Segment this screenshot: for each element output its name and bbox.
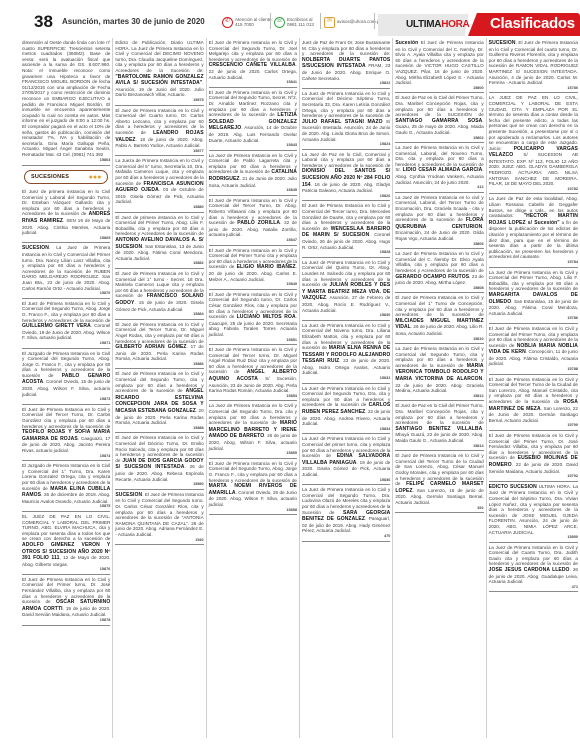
column-4: Juez de Paz de Fram Dr. Jose Bustamante … <box>300 38 393 738</box>
notice-ref-number: 15888 <box>115 426 203 432</box>
notice-name: GUILLERMO GIRETT VERA <box>22 323 91 329</box>
legal-notice: La Juez de Primera Instancia en lo Civil… <box>395 143 483 193</box>
notice-name: CRESCENCIO CAÑETE VILLALBA <box>209 62 296 68</box>
notice-ref-number: 15841 <box>209 80 297 86</box>
notice-name: GILBERTO ADRIAN GÓMEZ <box>115 344 186 350</box>
section-banner-sucesiones: SUCESIONES●●● <box>24 170 108 184</box>
legal-notice: La Juez de Paz de esta localidad, Abog. … <box>489 194 578 267</box>
legal-notice: La Juez de Primera Instancia en lo Civil… <box>395 249 483 293</box>
notice-tail: . La Juez de Primera Instancia en lo Civ… <box>22 245 110 290</box>
legal-notice: EDICTO SUCESION ULTIMA HORA. La Juez de … <box>489 482 578 543</box>
legal-notice: El Juez de primera instancia en lo Civil… <box>22 187 110 243</box>
legal-notice: El Juzgado de Primera Instancia en lo Ci… <box>22 349 110 405</box>
notice-ref-number: 15806 <box>395 242 483 248</box>
page-header: 38 Asunción, martes 30 de junio de 2020 … <box>0 0 580 36</box>
legal-notice: El Juez de Primera Instancia en lo Civil… <box>209 246 297 290</box>
contact-email[interactable]: ✉ avisos@uhora.com.py <box>324 12 382 32</box>
notice-ref-number: 15863 <box>22 158 110 164</box>
legal-notice: La Juez de Primera Instancia en lo Civil… <box>302 258 390 321</box>
notice-name: PABLO ZORILLA <box>237 220 280 226</box>
notice-ref-number: 15875 <box>22 504 110 510</box>
notice-ref-number: 15822 <box>302 81 390 87</box>
phone-icon: ✆ <box>222 17 233 28</box>
legal-notice: El Juez de Paz en lo Civil del Primer Tu… <box>395 401 483 451</box>
notice-text: Edicto de Publicación. Diario ULTIMA HOR… <box>115 40 203 73</box>
notice-tail: . 16 de junio de 2020. Abg. Gladys Patri… <box>302 182 390 194</box>
legal-notice: La Juez de Primera Instancia en lo Civil… <box>302 434 390 485</box>
notice-name: SANTIAGO GAMARRA SOSA <box>395 118 482 124</box>
legal-notice: El Juez de Primera Instancia en lo Civil… <box>209 38 297 88</box>
notice-ref-number: 15878 <box>22 618 110 624</box>
notice-ref-number: 15853 <box>209 394 297 400</box>
notice-tail: . El Juez de Primera Instancia en lo Civ… <box>115 492 203 537</box>
notice-text: dimensión al Oeste donde linda con lote … <box>22 40 110 157</box>
notice-text: La Juez de Paz en lo Civil, Comercial y … <box>302 152 390 168</box>
column-2: Edicto de Publicación. Diario ULTIMA HOR… <box>113 38 206 738</box>
column-5: Sucesión El Juez de Primera Instancia en… <box>393 38 486 738</box>
legal-notice: EL JUEZ DE PAZ EN LO CIVIL, COMERCIAL Y … <box>22 512 110 575</box>
notice-ref-number: 15834 <box>302 427 390 433</box>
notice-ref-number: 15802 <box>395 136 483 142</box>
brand-logo: ULTIMAHORA <box>406 19 469 30</box>
notice-ref-number: 15830 <box>302 313 390 319</box>
notice-ref-number: 15810 <box>395 337 483 343</box>
notice-text: El Juez de Primera Instancia en lo Civil… <box>209 40 297 62</box>
notice-ref-number: 15788 <box>489 367 578 373</box>
notice-name: LIDIO CESAR ALMADA GARCIA <box>403 167 483 173</box>
notice-name: SUCESION <box>115 492 142 498</box>
notice-name: EDICTO SUCESION <box>489 484 537 490</box>
section-title: Clasificados <box>490 15 575 32</box>
notice-ref-number: 15874 <box>22 454 110 460</box>
legal-notice: LA JUEZ DE PAZ EN LO CIVIL, COMERCIAL Y … <box>489 93 578 194</box>
legal-notice: El Juez de Primera Instancia en lo Civil… <box>115 369 203 433</box>
notice-text: El Juez de Primera Instancia en lo Civil… <box>395 295 483 317</box>
notice-ref-number: 15832 <box>302 376 390 382</box>
notice-ref-number: 15814 <box>395 444 483 450</box>
notice-tail: ULTIMA HORA. La Juez de Primera Instanci… <box>489 484 578 535</box>
legal-notice: La Juez de Primera Instancia en lo Civil… <box>302 89 390 150</box>
notice-ref-number: 15850 <box>489 535 578 541</box>
notice-ref-number: 15865 <box>22 236 110 242</box>
notice-ref-number: 15792 <box>489 474 578 480</box>
notice-text: La Juez de Primera Instancia en lo Civil… <box>489 270 578 292</box>
notice-ref-number: 15882 <box>115 261 203 267</box>
legal-notice: La Juez de Paz en lo Civil, Comercial y … <box>302 150 390 202</box>
legal-notice: El Juez de Primera Instancia en lo Civil… <box>209 290 297 345</box>
notice-ref-number: 15828 <box>302 250 390 256</box>
legal-notice: El Juez de Primera Instancia en lo Civil… <box>209 196 297 246</box>
divider <box>320 13 321 29</box>
notice-ref-number: 1540 <box>115 538 203 544</box>
legal-notice: El Juez de Primera Instancia en lo Civil… <box>115 106 203 157</box>
contact-phone: ✆ Atención al cliente:415 7000 <box>222 12 273 32</box>
envelope-icon: ✉ <box>324 17 335 28</box>
legal-notice: Juez de Paz de Fram Dr. Jose Bustamante … <box>302 38 390 89</box>
legal-notice: Sucesión El Juez de Primera Instancia en… <box>395 38 483 93</box>
notice-text: El Juez de Primera Instancia en lo Civil… <box>209 461 297 483</box>
legal-notice: El Juez de Primera Instancia en lo Civil… <box>22 299 110 349</box>
legal-notice: El Juez de Paz en lo Civil del Primer Tu… <box>395 93 483 143</box>
legal-notice: El Juez de Primera Instancia en lo Civil… <box>209 88 297 151</box>
legal-notice: La Juez de Primera Instancia en lo Civil… <box>489 543 578 593</box>
notice-tail: . El Juez de Primera Instancia en lo Civ… <box>489 40 578 85</box>
notice-name: SANTIAGO BENITEZ VILLALBA <box>395 426 482 432</box>
notice-text: EL JUEZ DE PAZ EN LO CIVIL, COMERCIAL Y … <box>22 514 110 541</box>
notice-ref-number: 15875 <box>115 98 203 104</box>
legal-notice: SUCESION. El Juez de Primera Instancia e… <box>115 490 203 545</box>
legal-notice: La Juez de Primera Instancia en lo Civil… <box>209 401 297 458</box>
dateline: Asunción, martes 30 de junio de 2020 <box>62 17 205 26</box>
notice-name: GERARDO OCAMPO FRUTOS <box>395 274 469 280</box>
notice-text: La Juez de Primera Instancia en lo Civil… <box>302 91 390 118</box>
notice-ref-number: 15782 <box>489 187 578 193</box>
column-1: dimensión al Oeste donde linda con lote … <box>20 38 113 738</box>
notice-ref-number: 15808 <box>395 286 483 292</box>
column-3: El Juez de Primera Instancia en lo Civil… <box>207 38 300 738</box>
notice-name: ELIGIO MARIO IBAÑEZ <box>237 264 296 270</box>
notice-text: El Juez de Primera Instancia en lo Civil… <box>115 322 203 344</box>
notice-ref-number: 15786 <box>489 316 578 322</box>
section-title-badge: Clasificados <box>468 13 580 36</box>
notice-ref-number: 15855 <box>209 451 297 457</box>
section-banner-label: SUCESIONES <box>31 174 69 180</box>
notice-tail: a fin de disponer la publicación de los … <box>489 220 578 260</box>
legal-notice: El Juez de Primera Instancia en lo Civil… <box>302 201 390 257</box>
legal-notice: El Juez de Primera Instancia en lo Civil… <box>115 433 203 489</box>
legal-notice: La Juez de Primera Instancia en lo Civil… <box>489 268 578 324</box>
notice-ref-number: 15826 <box>302 194 390 200</box>
notice-text: El Juez de Primera Instancia en lo Civil… <box>22 407 110 429</box>
legal-notice: El Juzgado de Primera Instancia en lo Ci… <box>22 461 110 512</box>
legal-notice: El Juez de Primera Instancia en lo Civil… <box>209 345 297 401</box>
notice-name: SUCESION <box>22 245 49 251</box>
column-6: SUCESION. El Juez de Primera Instancia e… <box>487 38 580 738</box>
notice-text: La Juez de Primera Instancia en lo Civil… <box>489 545 578 567</box>
legal-notice: La Juez de Primera Instancia en lo Civil… <box>302 485 390 541</box>
legal-notice: El Juez de Primera Instancia en lo Civil… <box>489 431 578 482</box>
legal-notice: El Juez de Primera Instancia en lo Civil… <box>395 293 483 344</box>
notice-ref-number: 471 <box>489 585 578 591</box>
legal-notice: La Juez de Primera Instancia en lo civil… <box>395 193 483 249</box>
notice-text: El Juez de Paz en lo Civil del Primer Tu… <box>395 403 483 425</box>
notice-ref-number: 470 <box>302 534 390 540</box>
legal-notice: El Juez de Primera Instancia en lo Civil… <box>489 324 578 375</box>
notice-ref-number: 15843 <box>209 143 297 149</box>
notice-ref-number: 15877 <box>115 149 203 155</box>
notice-ref-number: 15890 <box>115 482 203 488</box>
page-number: 38 <box>34 12 53 32</box>
notice-ref-number: 15784 <box>489 260 578 266</box>
legal-notice: El Juez de Primera Instancia en lo Civil… <box>395 451 483 513</box>
notice-ref-number: 412 <box>395 185 483 191</box>
legal-notice: El Juez de Primera Instancia en lo Civil… <box>22 405 110 461</box>
notice-ref-number: 15790 <box>489 423 578 429</box>
family-tree-icon: ●●● <box>89 174 102 181</box>
notice-ref-number: 15851 <box>209 338 297 344</box>
notice-ref-number: 15870 <box>22 291 110 297</box>
notice-ref-number: 15880 <box>115 205 203 211</box>
legal-notice: SUCESION. La Juez de Primera Instancia e… <box>22 243 110 298</box>
notice-tail: El Juez de Primera Instancia en lo Civil… <box>395 40 483 85</box>
legal-notice: El Juez de Primera Instancia en lo Civil… <box>115 269 203 320</box>
notice-ref-number: 15780 <box>489 86 578 92</box>
notice-text: El Juez de Paz en lo Civil del Primer Tu… <box>395 95 483 117</box>
notice-name: "BARTOLOME RAMON GONZALEZ AVILA S/ SUCES… <box>115 74 203 87</box>
whatsapp-icon: ☏ <box>274 17 285 28</box>
notice-name: Sucesión <box>395 40 418 46</box>
notice-ref-number: 15858 <box>209 508 297 514</box>
notice-text: LA JUEZ DE PAZ EN LO CIVIL, COMERCIAL Y … <box>489 95 578 150</box>
notice-ref-number: 392 <box>395 506 483 512</box>
notice-text: El Juez de Primera Instancia en lo Civil… <box>22 301 110 323</box>
legal-notice: El Juez de primera instancia en lo Civil… <box>115 213 203 269</box>
notice-ref-number: 15886 <box>115 362 203 368</box>
notice-ref-number: 15847 <box>209 238 297 244</box>
legal-notice: La Juez de Primera Instancia en lo Civil… <box>395 344 483 401</box>
contact-whatsapp: ☏ Escribinos al0981 111 013 <box>274 12 314 32</box>
notice-text: Juez de Paz de Fram Dr. Jose Bustamante … <box>302 40 390 56</box>
notice-name: LUCIANO MILTOS ROA <box>237 314 296 320</box>
notice-text: La Juez de Primera Instancia en lo Civil… <box>395 251 483 273</box>
legal-notice: La Juez de Primera Instancia en lo Civil… <box>302 384 390 435</box>
notice-ref-number: 15876 <box>22 567 110 573</box>
notice-ref-number: 15812 <box>395 394 483 400</box>
notice-name: JULIO RAFAEL STAGNI MAZO <box>302 119 383 125</box>
legal-notice: dimensión al Oeste donde linda con lote … <box>22 38 110 166</box>
legal-notice: Edicto de Publicación. Diario ULTIMA HOR… <box>115 38 203 106</box>
legal-notice: La Jueza de Primera Instancia en lo Civi… <box>115 156 203 212</box>
legal-notice: SUCESION. El Juez de Primera Instancia e… <box>489 38 578 93</box>
notice-ref-number: 15836 <box>302 478 390 484</box>
notice-name: JOSE JESUS CARDONA LLEDO <box>489 567 570 573</box>
classified-columns: dimensión al Oeste donde linda con lote … <box>20 38 580 738</box>
legal-notice: La Juez de Primera Instancia en lo Civil… <box>209 151 297 196</box>
notice-ref-number: 15845 <box>209 188 297 194</box>
divider <box>374 13 375 29</box>
divider <box>270 13 271 29</box>
notice-ref-number: 15800 <box>395 86 483 92</box>
notice-ref-number: 15871 <box>22 341 110 347</box>
legal-notice: La Juez de Primera Instancia en lo Civil… <box>302 321 390 384</box>
legal-notice: El Juez de Primera Instancia en lo Civil… <box>209 459 297 515</box>
notice-ref-number: 15884 <box>115 312 203 318</box>
notice-name: SUCESION <box>489 40 516 46</box>
notice-ref-number: 15849 <box>209 282 297 288</box>
legal-notice: El Juez de Primera Instancia en lo Civil… <box>489 375 578 431</box>
notice-text: El Juez de primera instancia en lo Civil… <box>115 215 203 237</box>
legal-notice: El Juez de Primera Instancia en lo Civil… <box>22 575 110 626</box>
notice-ref-number: 15824 <box>302 142 390 148</box>
legal-notice: El Juez de Primera Instancia en lo Civil… <box>115 320 203 370</box>
notice-ref-number: 15873 <box>22 397 110 403</box>
